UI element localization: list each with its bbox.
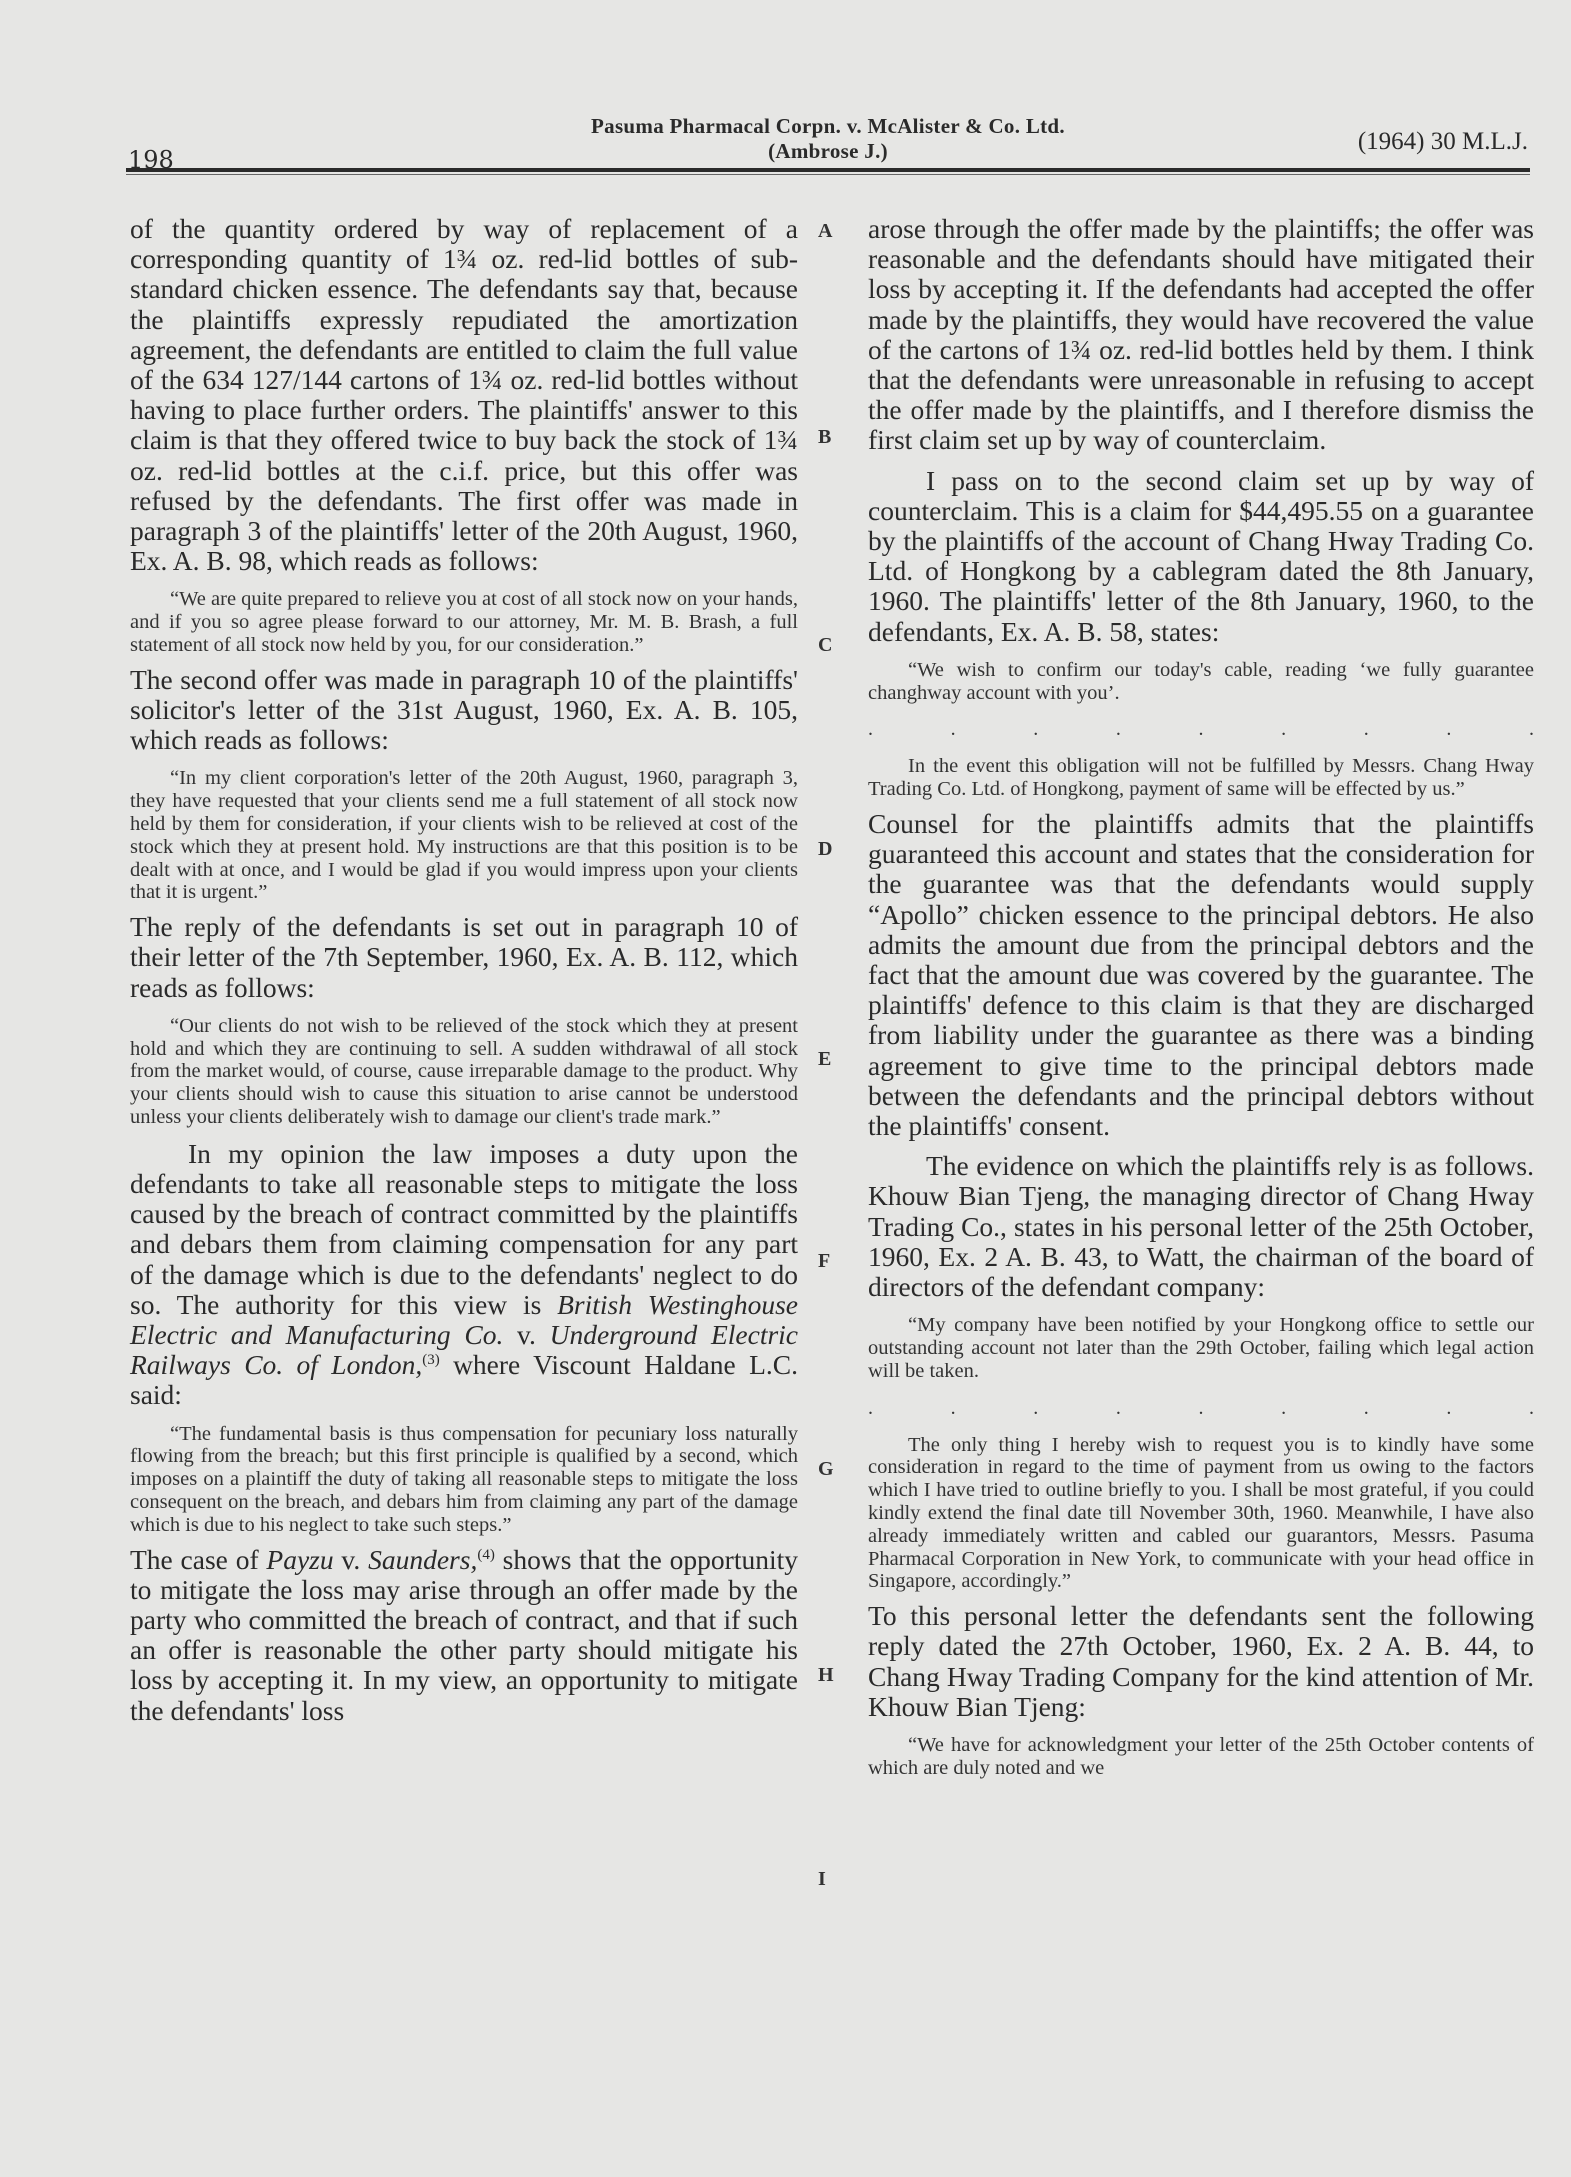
- paragraph: Counsel for the plaintiffs admits that t…: [868, 809, 1534, 1141]
- ellipsis-row: .........: [868, 718, 1534, 741]
- quotation: The only thing I hereby wish to request …: [868, 1434, 1534, 1594]
- ellipsis-row: .........: [868, 1397, 1534, 1420]
- paragraph: of the quantity ordered by way of replac…: [130, 214, 798, 576]
- paragraph: The reply of the defendants is set out i…: [130, 912, 798, 1003]
- paragraph: The case of Payzu v. Saunders,(4) shows …: [130, 1545, 798, 1726]
- judge-name: (Ambrose J.): [128, 139, 1528, 164]
- case-name: Saunders,: [368, 1544, 477, 1575]
- paragraph: The second offer was made in paragraph 1…: [130, 665, 798, 756]
- margin-letter-f: F: [818, 1250, 830, 1273]
- right-column: arose through the offer made by the plai…: [868, 214, 1534, 1788]
- running-title: Pasuma Pharmacal Corpn. v. McAlister & C…: [128, 114, 1528, 164]
- paragraph: To this personal letter the defendants s…: [868, 1601, 1534, 1722]
- paragraph: In my opinion the law imposes a duty upo…: [130, 1139, 798, 1411]
- margin-letter-b: B: [818, 426, 831, 449]
- margin-letter-a: A: [818, 220, 832, 243]
- header-rule: [126, 168, 1530, 172]
- quotation: “We have for acknowledgment your letter …: [868, 1734, 1534, 1780]
- header-rule-thin: [126, 174, 1530, 175]
- text-run: The case of: [130, 1544, 266, 1575]
- quotation: “In my client corporation's letter of th…: [130, 767, 798, 904]
- quotation: “The fundamental basis is thus compensat…: [130, 1423, 798, 1537]
- case-name: Payzu: [266, 1544, 333, 1575]
- margin-letter-g: G: [818, 1458, 834, 1481]
- page-header: 198 Pasuma Pharmacal Corpn. v. McAlister…: [128, 108, 1528, 168]
- margin-letter-e: E: [818, 1048, 831, 1071]
- paragraph: I pass on to the second claim set up by …: [868, 466, 1534, 647]
- quotation: “We are quite prepared to relieve you at…: [130, 588, 798, 656]
- text-run: v.: [503, 1319, 549, 1350]
- quotation: “Our clients do not wish to be relieved …: [130, 1015, 798, 1129]
- paragraph: The evidence on which the plaintiffs rel…: [868, 1151, 1534, 1302]
- report-citation: (1964) 30 M.L.J.: [1358, 128, 1528, 156]
- margin-letter-i: I: [818, 1868, 826, 1891]
- margin-letter-c: C: [818, 634, 832, 657]
- text-run: v.: [334, 1544, 368, 1575]
- paragraph: arose through the offer made by the plai…: [868, 214, 1534, 456]
- margin-letter-h: H: [818, 1664, 834, 1687]
- quotation: “We wish to confirm our today's cable, r…: [868, 659, 1534, 705]
- margin-letter-d: D: [818, 838, 832, 861]
- quotation: In the event this obligation will not be…: [868, 755, 1534, 801]
- footnote-ref: (3): [422, 1352, 440, 1368]
- footnote-ref: (4): [477, 1546, 495, 1562]
- case-title: Pasuma Pharmacal Corpn. v. McAlister & C…: [128, 114, 1528, 139]
- left-column: of the quantity ordered by way of replac…: [130, 214, 798, 1726]
- quotation: “My company have been notified by your H…: [868, 1314, 1534, 1382]
